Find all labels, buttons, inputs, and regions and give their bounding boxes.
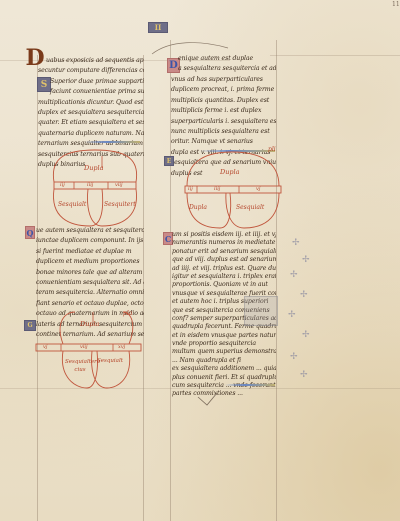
diagram-2-cell-2: iiij bbox=[214, 186, 220, 192]
diagram-proportion-3: Dupla pla vj viij xvj Sesquialtera cius … bbox=[35, 312, 145, 392]
diagram-2-cell-1: iij bbox=[188, 186, 193, 192]
diagram-1-left-label: Sesquialt bbox=[58, 201, 86, 208]
catchword-mark bbox=[195, 385, 225, 407]
diagram-proportion-1: Dupla iij iiij viij Sesquialt Sesquitert bbox=[40, 148, 150, 228]
correction-patch bbox=[244, 296, 278, 326]
diagram-3-top-label: Dupla bbox=[80, 320, 100, 328]
decorated-initial-top: II bbox=[148, 22, 168, 33]
marginal-flourish: ✢ bbox=[288, 310, 296, 320]
marginal-flourish: ✢ bbox=[300, 370, 308, 380]
diagram-2-cell-3: vj bbox=[256, 186, 260, 192]
marginal-flourish: ✢ bbox=[302, 255, 310, 265]
diagram-1-cell-2: iiij bbox=[87, 182, 93, 188]
diagram-proportion-2: Dupla pli iij iiij vj Dupla Sesquialt bbox=[182, 150, 282, 230]
diagram-2-left-label: Dupla bbox=[189, 204, 207, 211]
diagram-3-right-label: Sesquialt bbox=[97, 358, 123, 364]
marginal-flourish: ✢ bbox=[300, 290, 308, 300]
diagram-2-right-label: Sesquialt bbox=[236, 204, 264, 211]
diagram-1-top-label: Dupla bbox=[84, 164, 104, 172]
diagram-2-corner-label: pli bbox=[268, 146, 276, 153]
line-filler bbox=[225, 384, 275, 386]
marginal-flourish: ✢ bbox=[302, 330, 310, 340]
diagram-3-left-label: Sesquialtera cius bbox=[65, 358, 95, 374]
pen-flourish-top bbox=[150, 38, 230, 58]
ruling-line-top-right bbox=[270, 55, 400, 56]
diagram-1-right-label: Sesquitert bbox=[104, 201, 136, 208]
diagram-3-cell-3: xvj bbox=[118, 344, 125, 350]
manuscript-page: 11 II D S uabus exposicis ad sequentis a… bbox=[0, 0, 400, 521]
diagram-1-cell-1: iij bbox=[60, 182, 65, 188]
ruling-line-right-inner bbox=[276, 40, 277, 521]
marginal-flourish: ✢ bbox=[290, 352, 298, 362]
diagram-3-cell-2: viij bbox=[80, 344, 88, 350]
small-gilded-initial: E bbox=[164, 156, 174, 166]
diagram-2-top-label: Dupla bbox=[220, 168, 240, 176]
diagram-3-corner-label: pla bbox=[123, 310, 132, 317]
diagram-1-cell-3: viij bbox=[115, 182, 123, 188]
illuminated-initial: Q bbox=[25, 226, 35, 239]
marginal-flourish: ✢ bbox=[290, 270, 298, 280]
line-filler bbox=[85, 141, 140, 143]
folio-number: 11 bbox=[392, 1, 400, 8]
diagram-1-drawing bbox=[40, 148, 150, 228]
diagram-3-cell-1: vj bbox=[43, 344, 47, 350]
marginal-flourish: ✢ bbox=[292, 238, 300, 248]
diagram-2-drawing bbox=[182, 150, 282, 230]
